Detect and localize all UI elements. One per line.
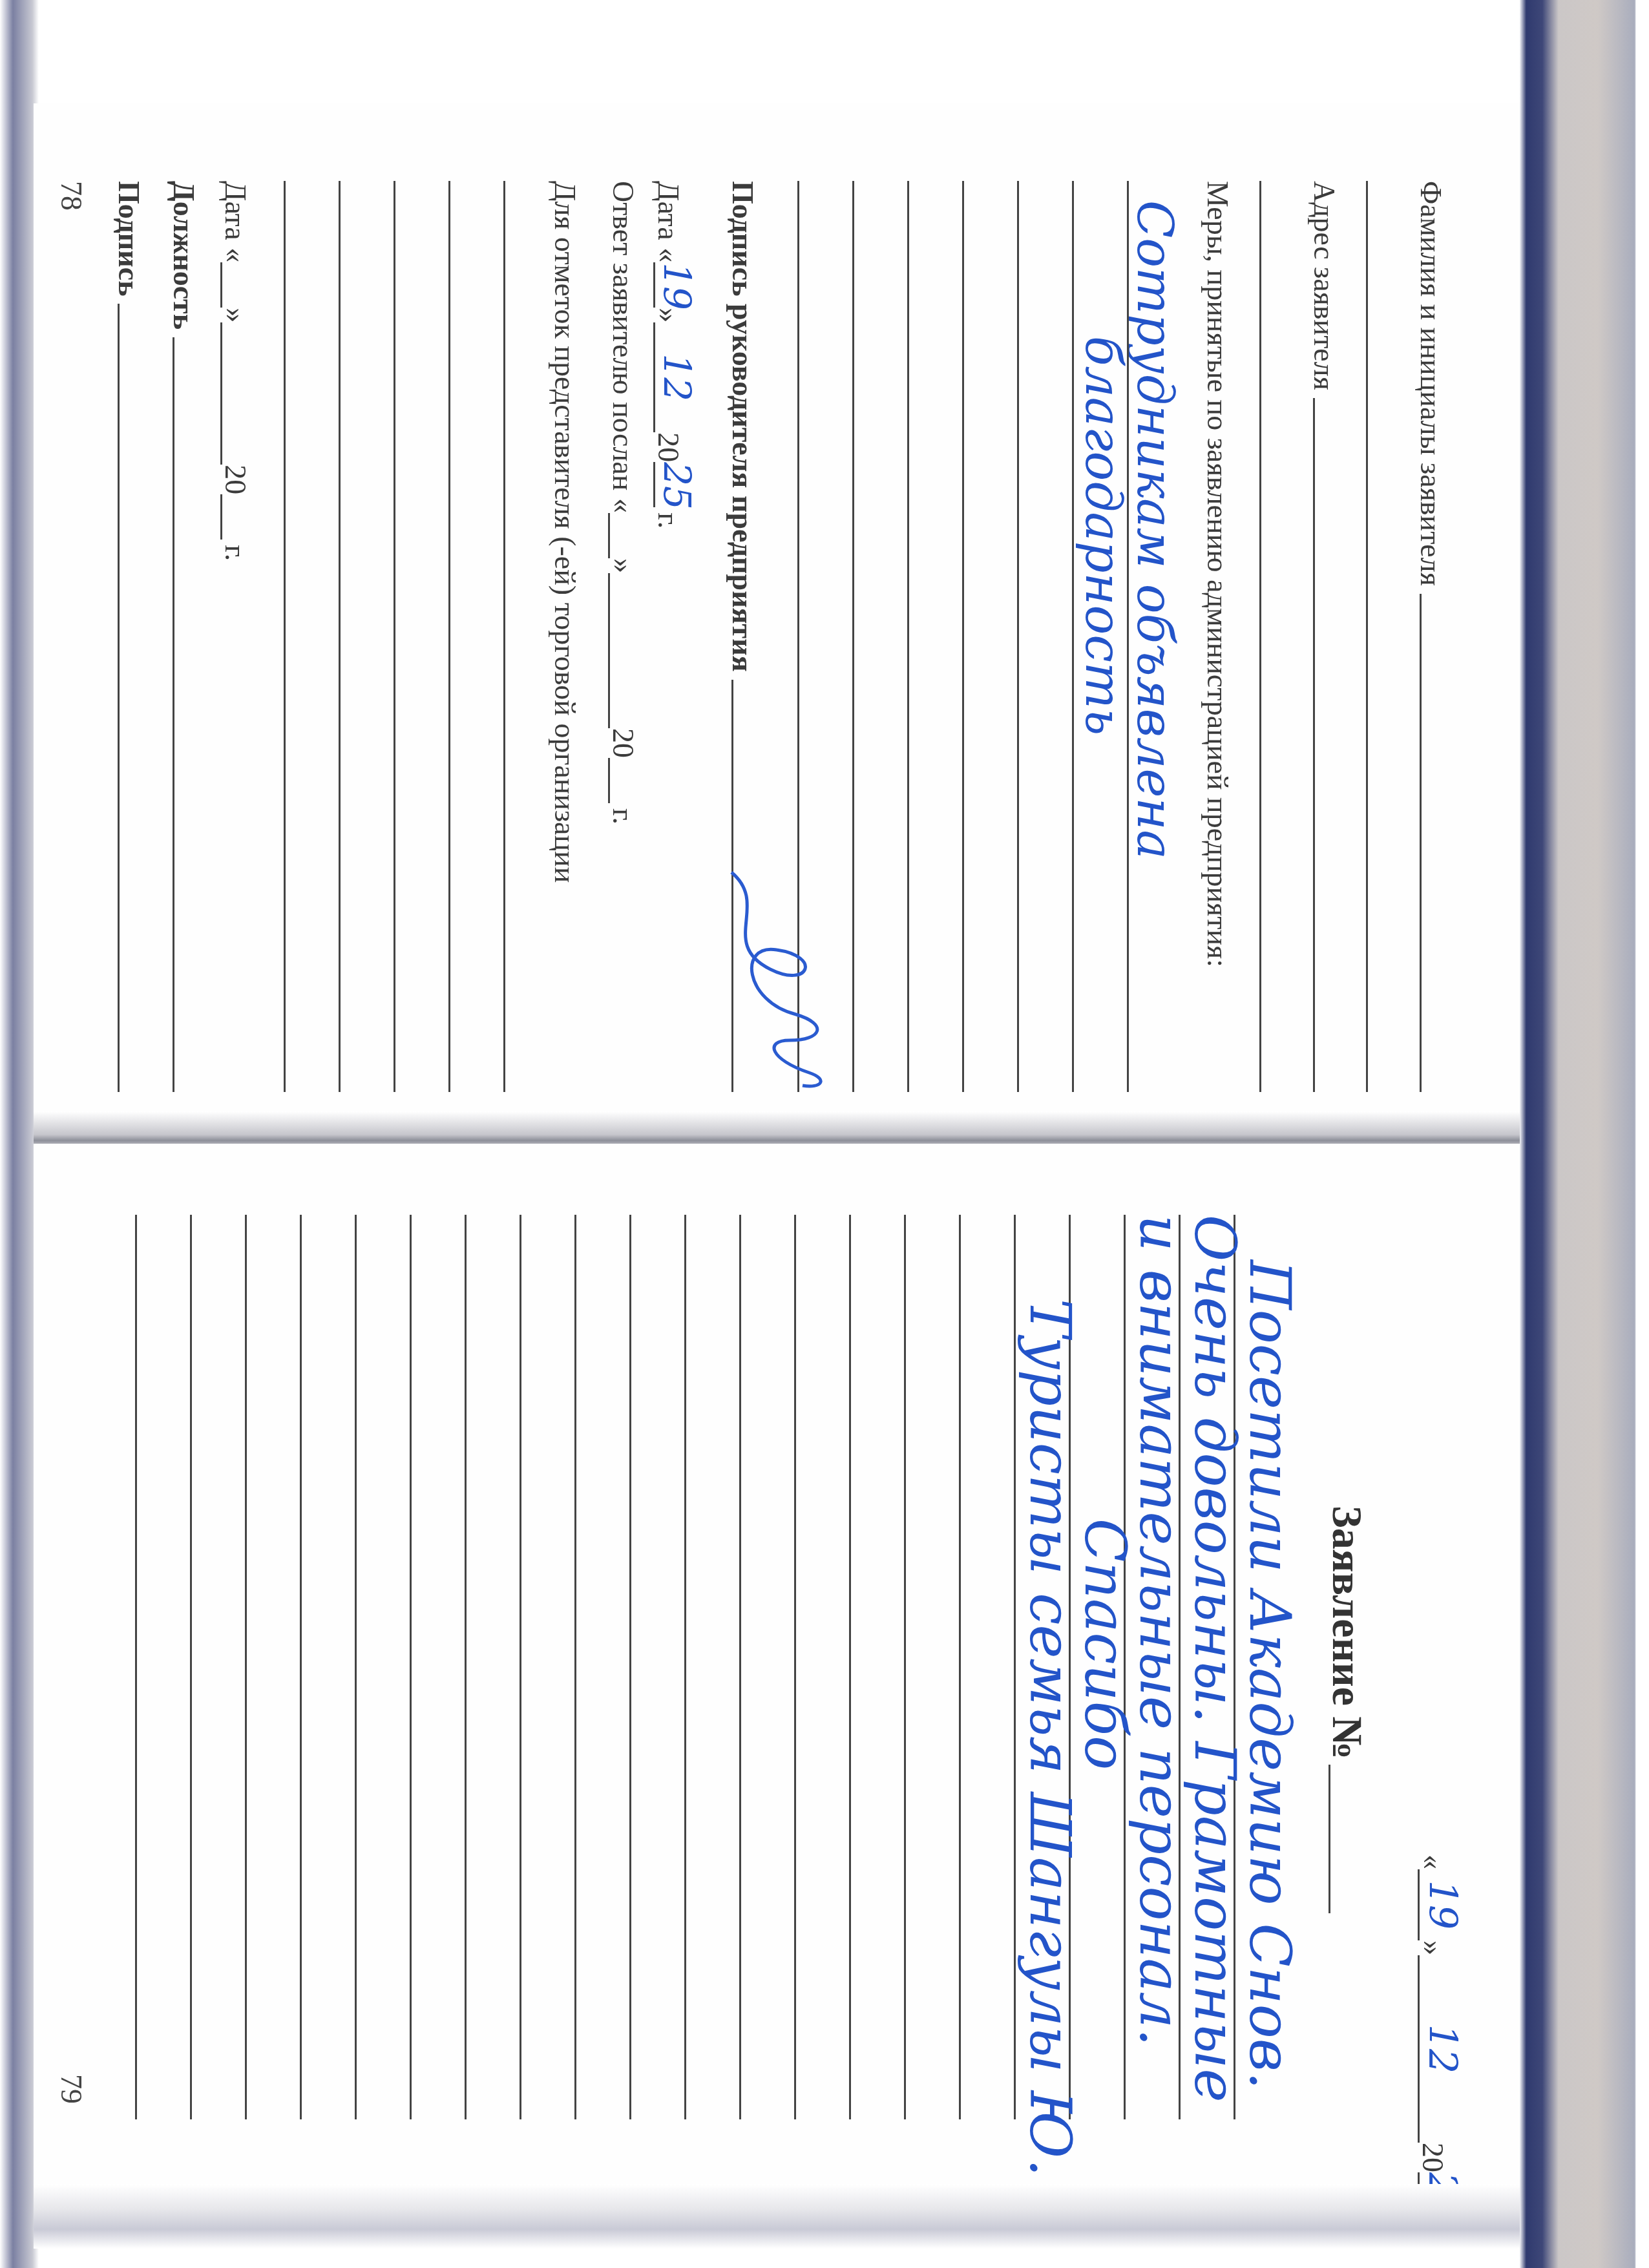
rep-notes-field: Для отметок представителя (-ей) торговой…	[550, 181, 580, 883]
manager-date-day[interactable]: 19	[653, 262, 699, 308]
book-page-edge	[34, 2184, 1520, 2249]
rep-date-year[interactable]	[220, 494, 222, 540]
book-cover-top-edge	[1520, 0, 1649, 2268]
rep-date-label: Дата «	[220, 181, 250, 262]
statement-date-field: « 19 » 12 20 25 г.	[1418, 1854, 1465, 2238]
rep-notes-label: Для отметок представителя (-ей) торговой…	[550, 181, 580, 883]
statement-line-5[interactable]	[1014, 1215, 1016, 2119]
manager-signature-label: Подпись руководителя предприятия	[728, 181, 757, 672]
rep-date-day[interactable]	[220, 262, 222, 308]
reply-sent-day[interactable]	[608, 513, 610, 558]
position-line[interactable]	[173, 337, 174, 1092]
reply-sent-label: Ответ заявителю послан «	[608, 181, 638, 513]
measures-line-2[interactable]	[1072, 181, 1074, 1092]
rep-date-year-prefix: 20	[220, 465, 250, 494]
statement-date-close-quote: »	[1418, 1940, 1447, 1955]
left-page: Фамилия и инициалы заявителя Адрес заяви…	[34, 103, 1520, 1131]
statement-date-month-value: 12	[1420, 2024, 1465, 2074]
reply-sent-field: Ответ заявителю послан « » 20 г.	[608, 181, 638, 824]
statement-line-11[interactable]	[684, 1215, 686, 2119]
statement-line-12[interactable]	[629, 1215, 631, 2119]
manager-date-month[interactable]: 12	[653, 322, 699, 432]
statement-line-8[interactable]	[849, 1215, 851, 2119]
rep-notes-line-4[interactable]	[339, 181, 341, 1092]
statement-line-6[interactable]	[959, 1215, 961, 2119]
manager-date-year-value: 25	[655, 462, 699, 510]
rep-date-field: Дата « » 20 г.	[220, 181, 250, 561]
signature-field: Подпись	[114, 181, 143, 1092]
applicant-address-field: Адрес заявителя	[1309, 181, 1339, 1092]
page-number-left: 78	[54, 181, 89, 211]
page-number-right: 79	[54, 2074, 89, 2104]
statement-line-15[interactable]	[465, 1215, 467, 2119]
applicant-address-line[interactable]	[1313, 398, 1315, 1092]
statement-handwritten-line-5: Туристы семья Шангулы Ю.	[1017, 1299, 1084, 2177]
measures-handwritten-line-1: Сотрудникам объявлена	[1126, 200, 1184, 859]
statement-title: Заявление №	[1322, 1506, 1371, 1759]
rep-notes-line-1[interactable]	[503, 181, 505, 1092]
signature-line[interactable]	[118, 304, 120, 1092]
reply-sent-year[interactable]	[608, 758, 610, 803]
manager-date-year-prefix: 20	[653, 432, 683, 462]
manager-date-year[interactable]: 25	[653, 462, 699, 507]
book-spread: Фамилия и инициалы заявителя Адрес заяви…	[0, 0, 1649, 2268]
measures-label: Меры, принятые по заявлению администраци…	[1203, 181, 1232, 967]
measures-line-4[interactable]	[962, 181, 964, 1092]
statement-line-21[interactable]	[135, 1215, 137, 2119]
measures-line-6[interactable]	[852, 181, 854, 1092]
statement-line-7[interactable]	[904, 1215, 906, 2119]
applicant-name-line-2[interactable]	[1366, 181, 1368, 1092]
manager-signature-scribble	[719, 866, 848, 1098]
reply-sent-suffix: г.	[608, 808, 638, 824]
manager-date-month-value: 12	[655, 353, 699, 401]
applicant-address-line-2[interactable]	[1259, 181, 1261, 1092]
statement-line-10[interactable]	[739, 1215, 741, 2119]
statement-line-18[interactable]	[300, 1215, 302, 2119]
statement-date-day-value: 19	[1420, 1880, 1465, 1929]
statement-title-row: Заявление №	[1322, 1506, 1371, 1913]
applicant-name-field: Фамилия и инициалы заявителя	[1416, 181, 1445, 1092]
signature-label: Подпись	[114, 181, 143, 296]
statement-line-16[interactable]	[410, 1215, 412, 2119]
measures-handwritten-line-2: благодарность	[1075, 336, 1132, 735]
statement-number-field[interactable]	[1329, 1765, 1330, 1913]
manager-date-field: Дата « 19 » 12 20 25 г.	[653, 181, 699, 529]
statement-date-day[interactable]: 19	[1418, 1869, 1465, 1940]
measures-line-3[interactable]	[1017, 181, 1019, 1092]
statement-line-13[interactable]	[574, 1215, 576, 2119]
reply-sent-year-prefix: 20	[608, 728, 638, 758]
statement-date-month[interactable]: 12	[1418, 1955, 1465, 2143]
measures-field: Меры, принятые по заявлению администраци…	[1203, 181, 1232, 1092]
rep-date-suffix: г.	[220, 545, 250, 561]
statement-date-open-quote: «	[1418, 1854, 1447, 1869]
right-page: « 19 » 12 20 25 г. Заявление № Посетили …	[34, 1144, 1520, 2184]
statement-line-20[interactable]	[190, 1215, 192, 2119]
applicant-address-label: Адрес заявителя	[1309, 181, 1339, 390]
rep-notes-line-2[interactable]	[448, 181, 450, 1092]
statement-line-19[interactable]	[245, 1215, 247, 2119]
rep-date-month[interactable]	[220, 322, 222, 465]
manager-date-label: Дата «	[653, 181, 683, 262]
applicant-name-label: Фамилия и инициалы заявителя	[1416, 181, 1445, 586]
rep-notes-line-3[interactable]	[394, 181, 395, 1092]
statement-line-9[interactable]	[794, 1215, 796, 2119]
statement-line-17[interactable]	[355, 1215, 357, 2119]
applicant-name-line[interactable]	[1420, 594, 1422, 1092]
manager-date-suffix: г.	[653, 512, 683, 529]
position-label: Должность	[169, 181, 198, 330]
position-field: Должность	[169, 181, 198, 1092]
reply-sent-month[interactable]	[608, 573, 610, 728]
statement-date-year-prefix: 20	[1418, 2143, 1447, 2172]
statement-line-14[interactable]	[520, 1215, 521, 2119]
measures-line-5[interactable]	[907, 181, 909, 1092]
manager-date-day-value: 19	[655, 262, 699, 310]
rep-notes-line-5[interactable]	[284, 181, 286, 1092]
book-cover-bottom-edge	[0, 0, 39, 2268]
